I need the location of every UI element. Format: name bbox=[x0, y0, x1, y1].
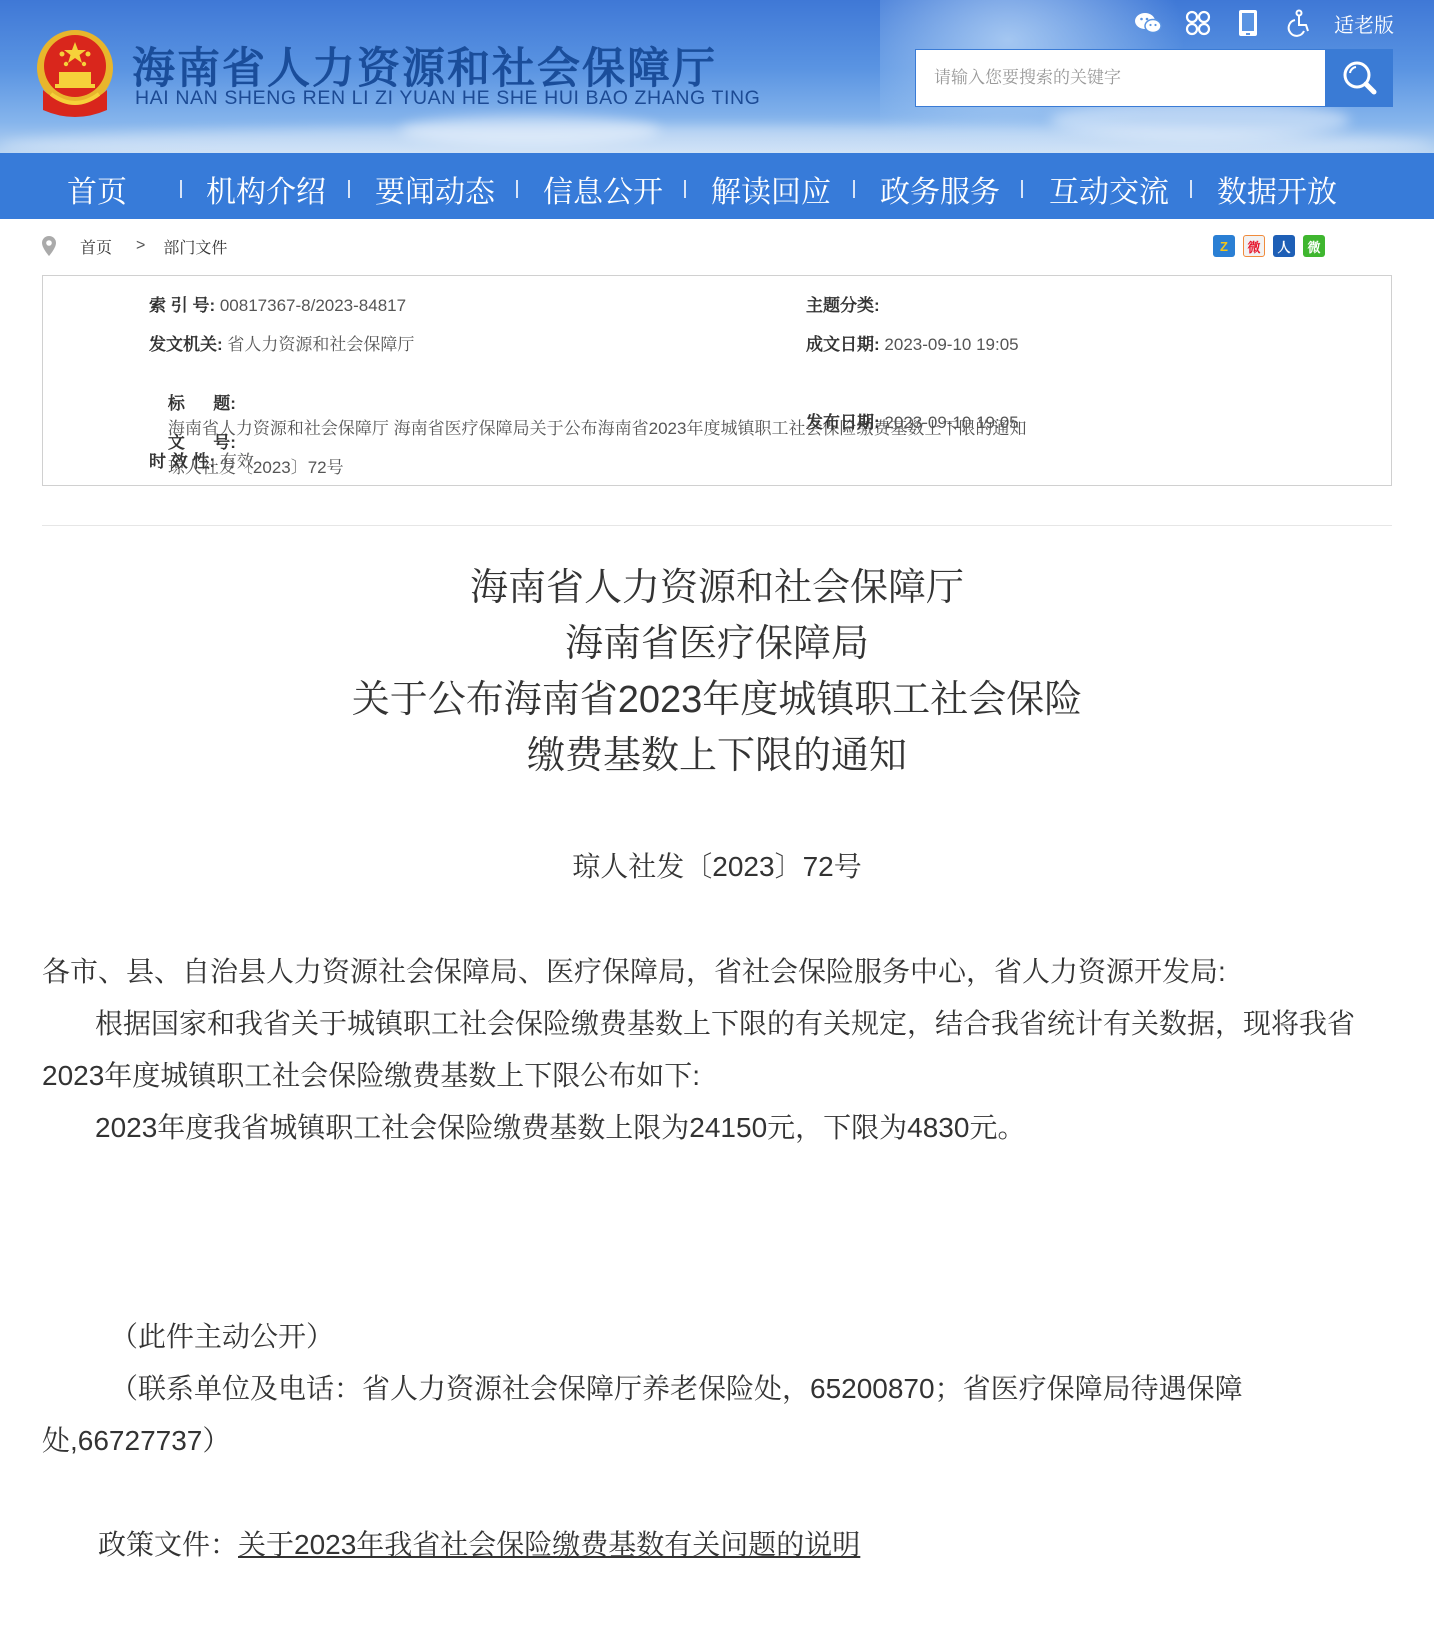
breadcrumb-separator: > bbox=[136, 237, 145, 255]
contact-line-1: （联系单位及电话：省人力资源社会保障厅养老保险处，65200870；省医疗保障局… bbox=[110, 1367, 1243, 1407]
app-grid-icon[interactable] bbox=[1184, 9, 1212, 37]
share-bar: Z 微 人 微 bbox=[1213, 235, 1325, 257]
nav-separator bbox=[516, 180, 518, 198]
breadcrumb-current[interactable]: 部门文件 bbox=[163, 235, 227, 258]
nav-item-interaction[interactable]: 互动交流 bbox=[1049, 167, 1169, 211]
nav-separator bbox=[1190, 180, 1192, 198]
contact-line-2: 处,66727737） bbox=[42, 1419, 230, 1459]
nav-separator bbox=[180, 180, 182, 198]
meta-publish-date: 发布日期: 2023-09-10 19:05 bbox=[806, 408, 1019, 433]
search-input[interactable] bbox=[915, 49, 1326, 107]
meta-topic: 主题分类: bbox=[806, 291, 880, 316]
weibo-share-icon[interactable]: 微 bbox=[1243, 235, 1265, 257]
main-nav: 首页 机构介绍 要闻动态 信息公开 解读回应 政务服务 互动交流 数据开放 bbox=[0, 153, 1434, 219]
policy-label: 政策文件： bbox=[98, 1529, 238, 1560]
wechat-icon[interactable] bbox=[1134, 9, 1162, 37]
paragraph-1-line-2: 2023年度城镇职工社会保险缴费基数上下限公布如下: bbox=[42, 1054, 700, 1094]
meta-issuer: 发文机关: 省人力资源和社会保障厅 bbox=[149, 330, 414, 355]
document-metadata: 索 引 号: 00817367-8/2023-84817 主题分类: 发文机关:… bbox=[42, 275, 1392, 486]
nav-item-open-data[interactable]: 数据开放 bbox=[1217, 167, 1337, 211]
article-title-line-2: 海南省医疗保障局 bbox=[0, 612, 1434, 667]
divider bbox=[42, 525, 1392, 526]
nav-item-interpretation[interactable]: 解读回应 bbox=[711, 167, 831, 211]
policy-file: 政策文件：关于2023年我省社会保险缴费基数有关问题的说明 bbox=[98, 1523, 860, 1563]
addressee: 各市、县、自治县人力资源社会保障局、医疗保障局，省社会保险服务中心，省人力资源开… bbox=[42, 950, 1226, 990]
article-doc-number: 琼人社发〔2023〕72号 bbox=[0, 845, 1434, 885]
article-title-line-1: 海南省人力资源和社会保障厅 bbox=[0, 556, 1434, 611]
wheelchair-icon[interactable] bbox=[1284, 9, 1312, 37]
nav-separator bbox=[853, 180, 855, 198]
meta-validity: 时 效 性: 有效 bbox=[149, 447, 254, 472]
top-links: 适老版 bbox=[1134, 8, 1394, 38]
search-bar bbox=[915, 49, 1393, 107]
nav-item-news[interactable]: 要闻动态 bbox=[375, 167, 495, 211]
nav-separator bbox=[348, 180, 350, 198]
national-emblem-icon bbox=[33, 28, 117, 118]
location-pin-icon bbox=[42, 236, 56, 256]
tablet-icon[interactable] bbox=[1234, 9, 1262, 37]
paragraph-2: 2023年度我省城镇职工社会保险缴费基数上限为24150元，下限为4830元。 bbox=[95, 1106, 1025, 1146]
breadcrumb: 首页 > 部门文件 bbox=[42, 233, 227, 259]
meta-written-date: 成文日期: 2023-09-10 19:05 bbox=[806, 330, 1019, 355]
renren-share-icon[interactable]: 人 bbox=[1273, 235, 1295, 257]
search-icon bbox=[1341, 59, 1379, 97]
elder-mode-link[interactable]: 适老版 bbox=[1334, 9, 1394, 38]
wechat-share-icon[interactable]: 微 bbox=[1303, 235, 1325, 257]
site-header: 海南省人力资源和社会保障厅 HAI NAN SHENG REN LI ZI YU… bbox=[0, 0, 1434, 153]
breadcrumb-home[interactable]: 首页 bbox=[80, 235, 112, 258]
article-title-line-4: 缴费基数上下限的通知 bbox=[0, 724, 1434, 779]
nav-item-disclosure[interactable]: 信息公开 bbox=[543, 167, 663, 211]
qzone-share-icon[interactable]: Z bbox=[1213, 235, 1235, 257]
meta-index-no: 索 引 号: 00817367-8/2023-84817 bbox=[149, 291, 406, 316]
nav-separator bbox=[1021, 180, 1023, 198]
nav-item-services[interactable]: 政务服务 bbox=[880, 167, 1000, 211]
article-title-line-3: 关于公布海南省2023年度城镇职工社会保险 bbox=[0, 668, 1434, 723]
search-button[interactable] bbox=[1326, 49, 1393, 107]
site-title-pinyin: HAI NAN SHENG REN LI ZI YUAN HE SHE HUI … bbox=[135, 87, 760, 110]
paragraph-1-line-1: 根据国家和我省关于城镇职工社会保险缴费基数上下限的有关规定，结合我省统计有关数据… bbox=[95, 1002, 1355, 1042]
nav-item-about[interactable]: 机构介绍 bbox=[206, 167, 326, 211]
policy-link[interactable]: 关于2023年我省社会保险缴费基数有关问题的说明 bbox=[238, 1529, 860, 1560]
nav-separator bbox=[684, 180, 686, 198]
public-note: （此件主动公开） bbox=[110, 1315, 334, 1355]
nav-item-home[interactable]: 首页 bbox=[67, 167, 127, 211]
